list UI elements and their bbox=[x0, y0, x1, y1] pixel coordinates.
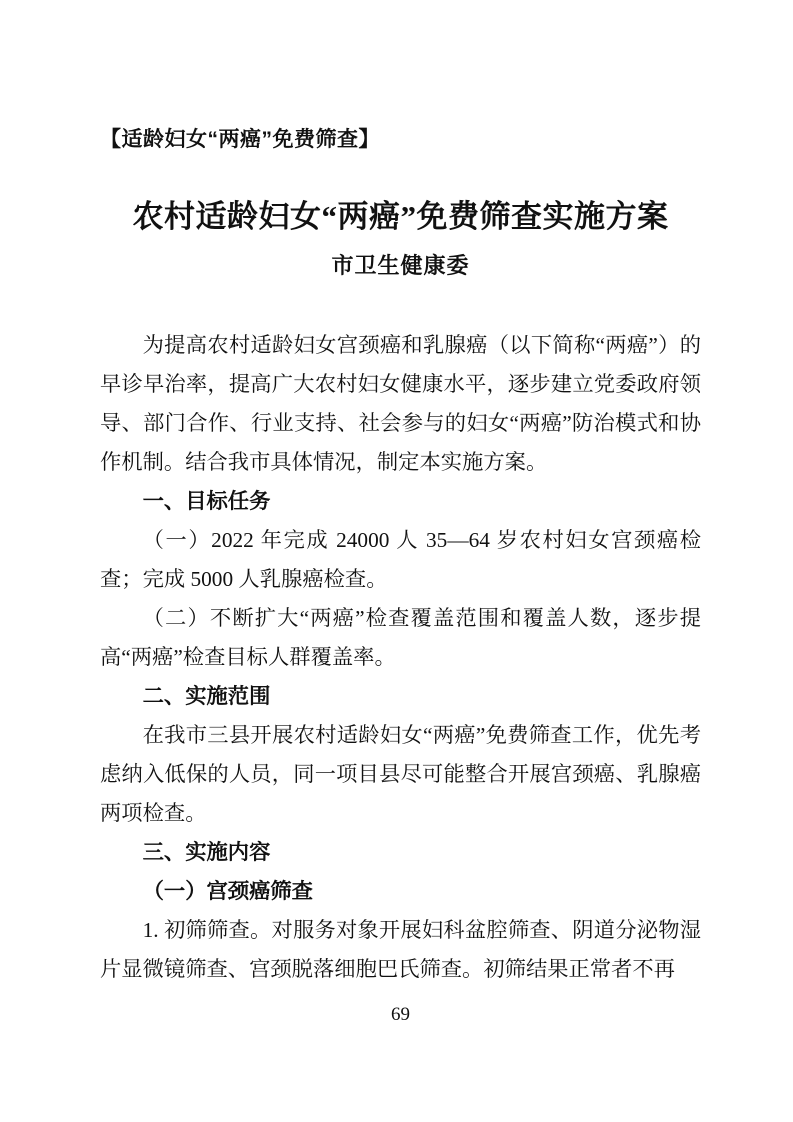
paragraph-goal-2: （二）不断扩大“两癌”检查覆盖范围和覆盖人数，逐步提高“两癌”检查目标人群覆盖率… bbox=[100, 599, 701, 677]
document-page: 【适龄妇女“两癌”免费筛查】 农村适龄妇女“两癌”免费筛查实施方案 市卫生健康委… bbox=[0, 0, 793, 1122]
category-label: 【适龄妇女“两癌”免费筛查】 bbox=[100, 0, 701, 153]
document-title: 农村适龄妇女“两癌”免费筛查实施方案 bbox=[100, 198, 701, 236]
subsection-heading-cervical-screening: （一）宫颈癌筛查 bbox=[100, 872, 701, 911]
document-body: 为提高农村适龄妇女宫颈癌和乳腺癌（以下简称“两癌”）的早诊早治率，提高广大农村妇… bbox=[100, 326, 701, 989]
section-heading-goals: 一、目标任务 bbox=[100, 482, 701, 521]
page-number: 69 bbox=[391, 1004, 410, 1025]
paragraph-initial-screening: 1. 初筛筛查。对服务对象开展妇科盆腔筛查、阴道分泌物湿片显微镜筛查、宫颈脱落细… bbox=[100, 911, 701, 989]
document-issuer: 市卫生健康委 bbox=[100, 252, 701, 279]
section-heading-scope: 二、实施范围 bbox=[100, 677, 701, 716]
paragraph-intro: 为提高农村适龄妇女宫颈癌和乳腺癌（以下简称“两癌”）的早诊早治率，提高广大农村妇… bbox=[100, 326, 701, 482]
paragraph-goal-1: （一）2022 年完成 24000 人 35—64 岁农村妇女宫颈癌检查；完成 … bbox=[100, 521, 701, 599]
page-footer: 69 bbox=[100, 1003, 701, 1027]
paragraph-scope: 在我市三县开展农村适龄妇女“两癌”免费筛查工作，优先考虑纳入低保的人员，同一项目… bbox=[100, 716, 701, 833]
section-heading-content: 三、实施内容 bbox=[100, 833, 701, 872]
